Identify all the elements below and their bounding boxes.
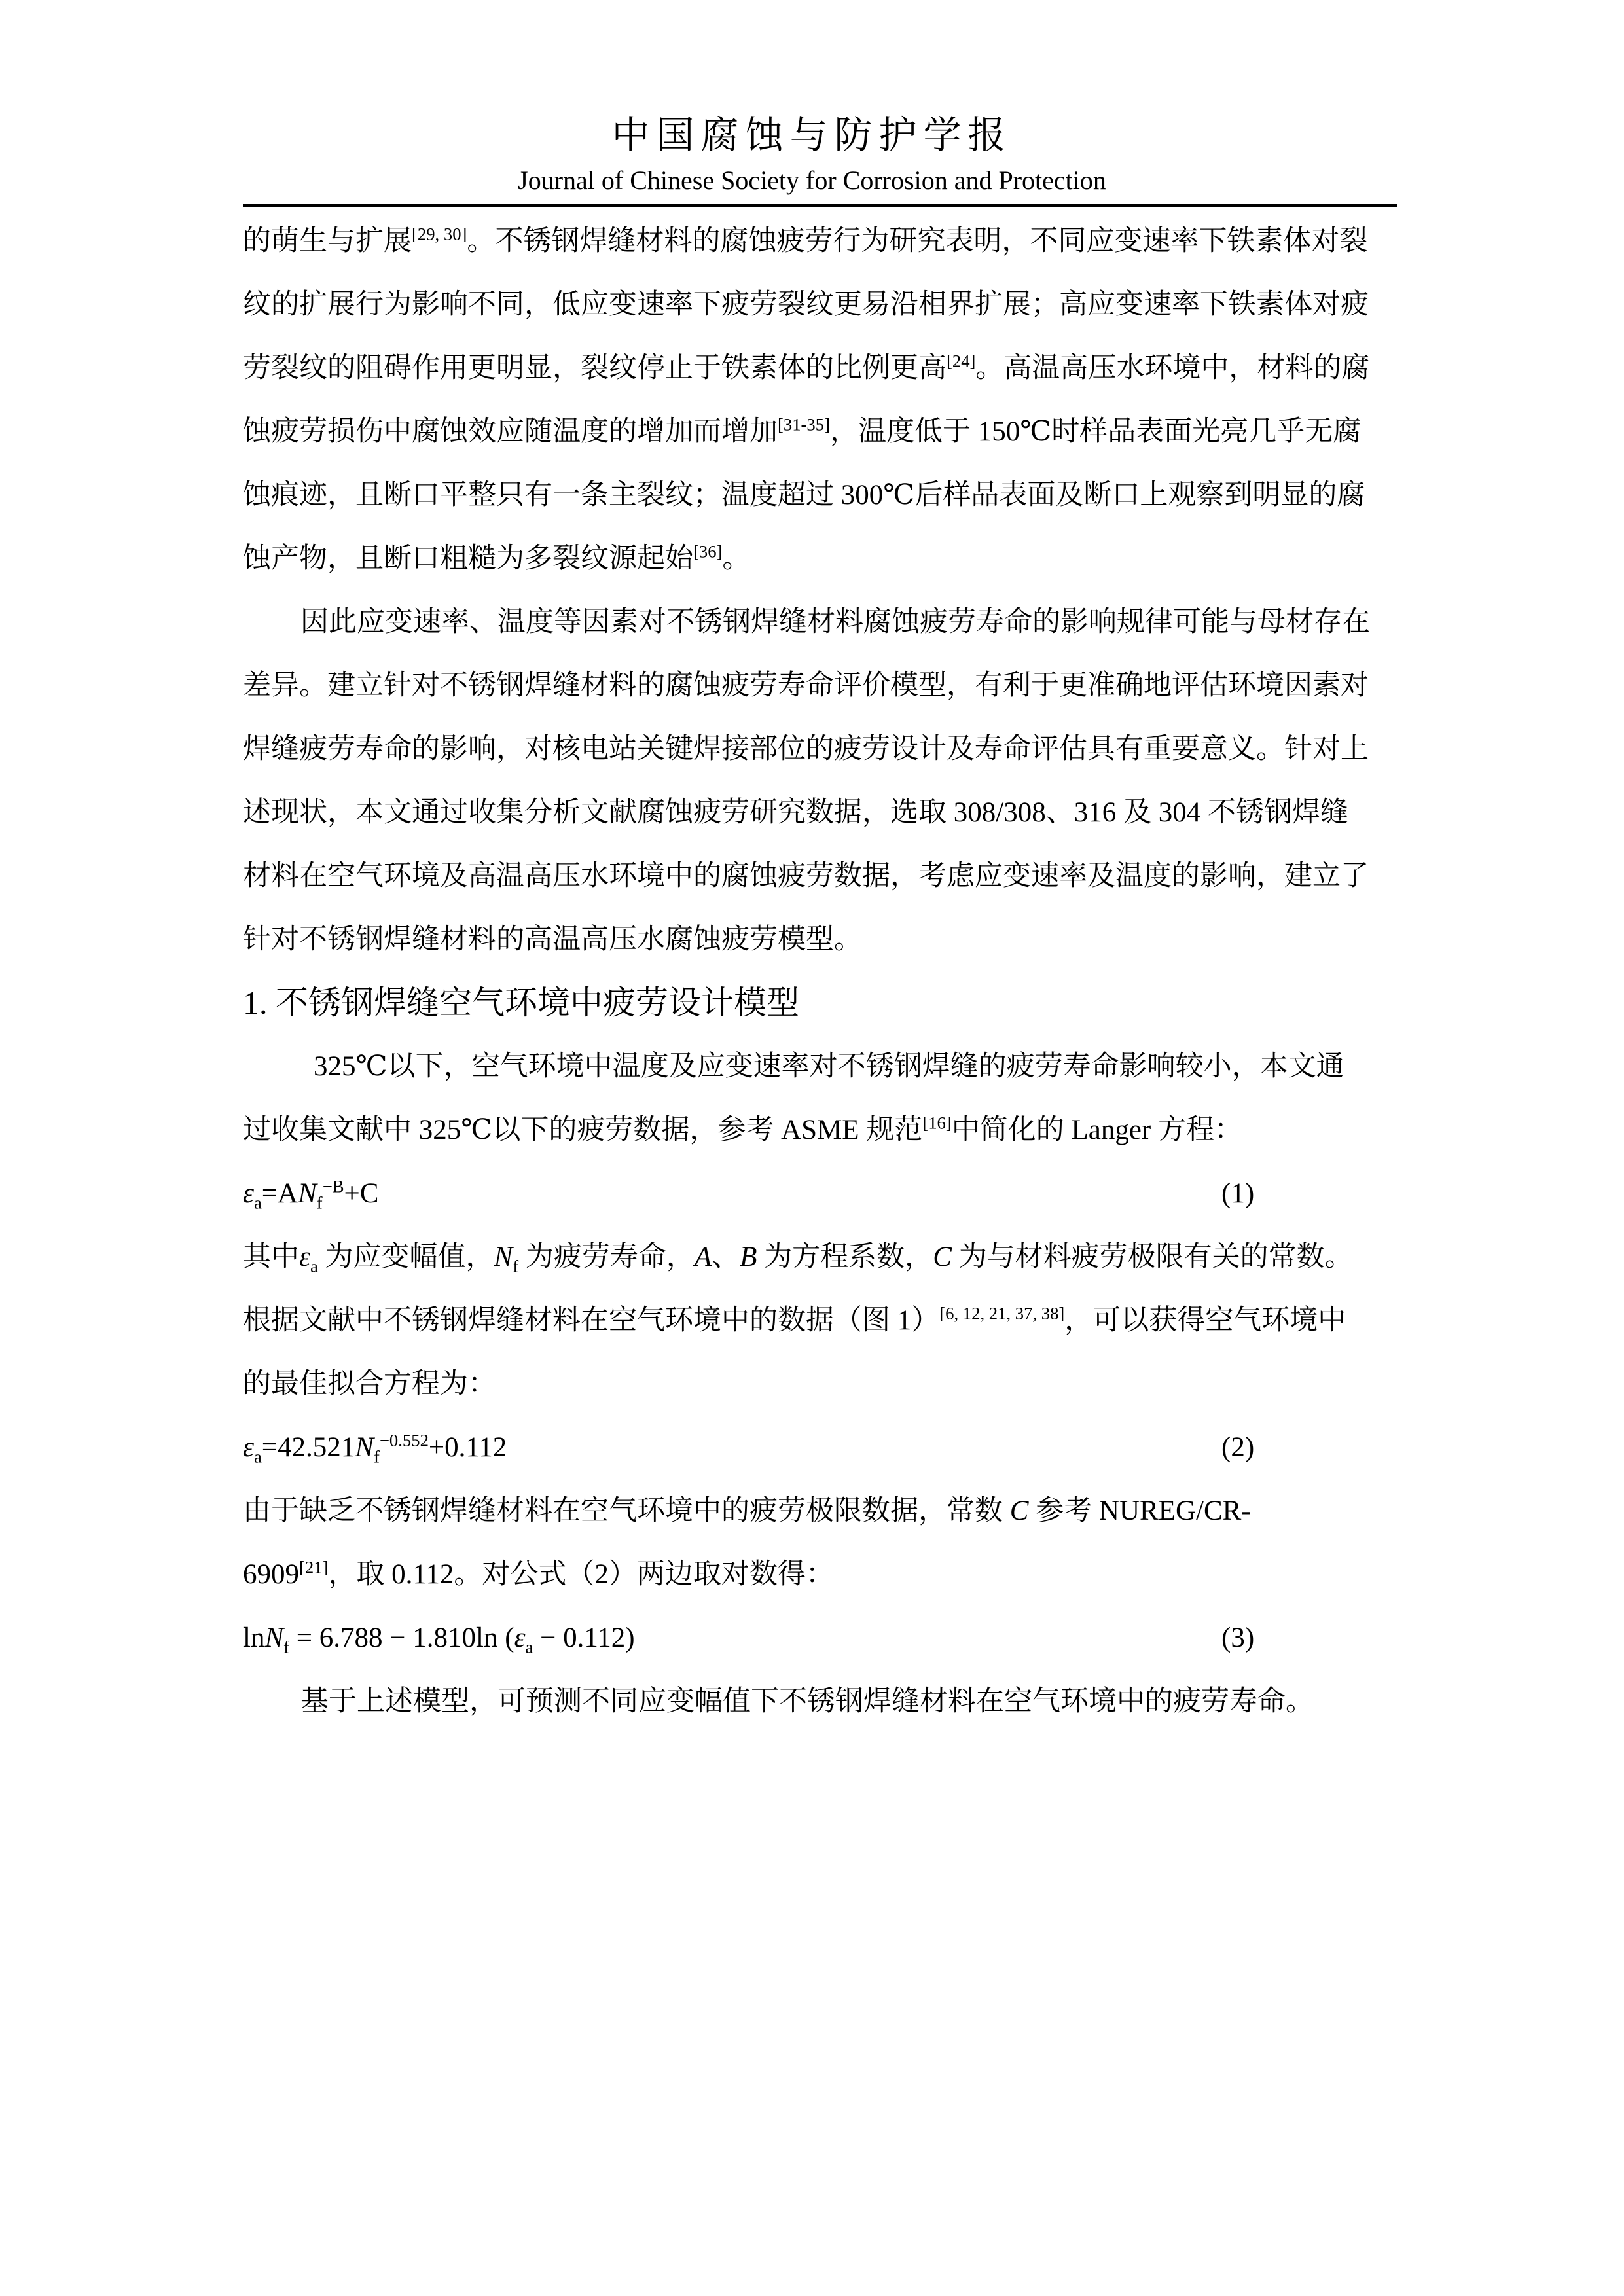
equation-number: (1) [1221,1162,1254,1225]
text-line: 的最佳拟合方程为： [243,1352,1399,1416]
equation-line: εa=42.521Nf−0.552+0.112(2) [243,1416,1399,1479]
equation-line: εa=ANf−B+C(1) [243,1162,1399,1225]
article-body: 的萌生与扩展[29, 30]。不锈钢焊缝材料的腐蚀疲劳行为研究表明，不同应变速率… [243,209,1399,1733]
text-line: 基于上述模型，可预测不同应变幅值下不锈钢焊缝材料在空气环境中的疲劳寿命。 [243,1670,1399,1733]
text-line: 蚀产物，且断口粗糙为多裂纹源起始[36]。 [243,527,1399,590]
equation-line: lnNf = 6.788 − 1.810ln (εa − 0.112)(3) [243,1606,1399,1670]
journal-title: 中国腐蚀与防护学报 [0,114,1624,157]
text-line: 纹的扩展行为影响不同，低应变速率下疲劳裂纹更易沿相界扩展；高应变速率下铁素体对疲 [243,273,1399,336]
equation-number: (2) [1221,1416,1254,1479]
text-line: 蚀痕迹，且断口平整只有一条主裂纹；温度超过 300℃后样品表面及断口上观察到明显… [243,463,1399,527]
text-line: 过收集文献中 325℃以下的疲劳数据，参考 ASME 规范[16]中简化的 La… [243,1098,1399,1162]
text-line: 由于缺乏不锈钢焊缝材料在空气环境中的疲劳极限数据，常数 C 参考 NUREG/C… [243,1479,1399,1543]
text-line: 述现状，本文通过收集分析文献腐蚀疲劳研究数据，选取 308/308、316 及 … [243,781,1399,844]
text-line: 针对不锈钢焊缝材料的高温高压水腐蚀疲劳模型。 [243,908,1399,971]
text-line: 325℃以下，空气环境中温度及应变速率对不锈钢焊缝的疲劳寿命影响较小，本文通 [243,1035,1399,1098]
text-line: 其中εa 为应变幅值，Nf 为疲劳寿命，A、B 为方程系数，C 为与材料疲劳极限… [243,1225,1399,1289]
journal-subtitle: Journal of Chinese Society for Corrosion… [0,165,1624,196]
text-line: 因此应变速率、温度等因素对不锈钢焊缝材料腐蚀疲劳寿命的影响规律可能与母材存在 [243,590,1399,654]
text-line: 蚀疲劳损伤中腐蚀效应随温度的增加而增加[31-35]，温度低于 150℃时样品表… [243,400,1399,463]
text-line: 根据文献中不锈钢焊缝材料在空气环境中的数据（图 1）[6, 12, 21, 37… [243,1289,1399,1352]
equation-body: lnNf = 6.788 − 1.810ln (εa − 0.112) [243,1623,635,1653]
header-rule [243,204,1397,207]
equation-body: εa=42.521Nf−0.552+0.112 [243,1432,507,1463]
equation-number: (3) [1221,1606,1254,1670]
text-line: 的萌生与扩展[29, 30]。不锈钢焊缝材料的腐蚀疲劳行为研究表明，不同应变速率… [243,209,1399,273]
equation-body: εa=ANf−B+C [243,1178,378,1209]
section-heading: 1. 不锈钢焊缝空气环境中疲劳设计模型 [243,971,1399,1035]
text-line: 材料在空气环境及高温高压水环境中的腐蚀疲劳数据，考虑应变速率及温度的影响，建立了 [243,844,1399,908]
text-line: 差异。建立针对不锈钢焊缝材料的腐蚀疲劳寿命评价模型，有利于更准确地评估环境因素对 [243,654,1399,717]
text-line: 劳裂纹的阻碍作用更明显，裂纹停止于铁素体的比例更高[24]。高温高压水环境中，材… [243,336,1399,400]
page: { "page": { "background": "#ffffff", "te… [0,0,1624,2296]
text-line: 6909[21]，取 0.112。对公式（2）两边取对数得： [243,1543,1399,1606]
text-line: 焊缝疲劳寿命的影响，对核电站关键焊接部位的疲劳设计及寿命评估具有重要意义。针对上 [243,717,1399,781]
